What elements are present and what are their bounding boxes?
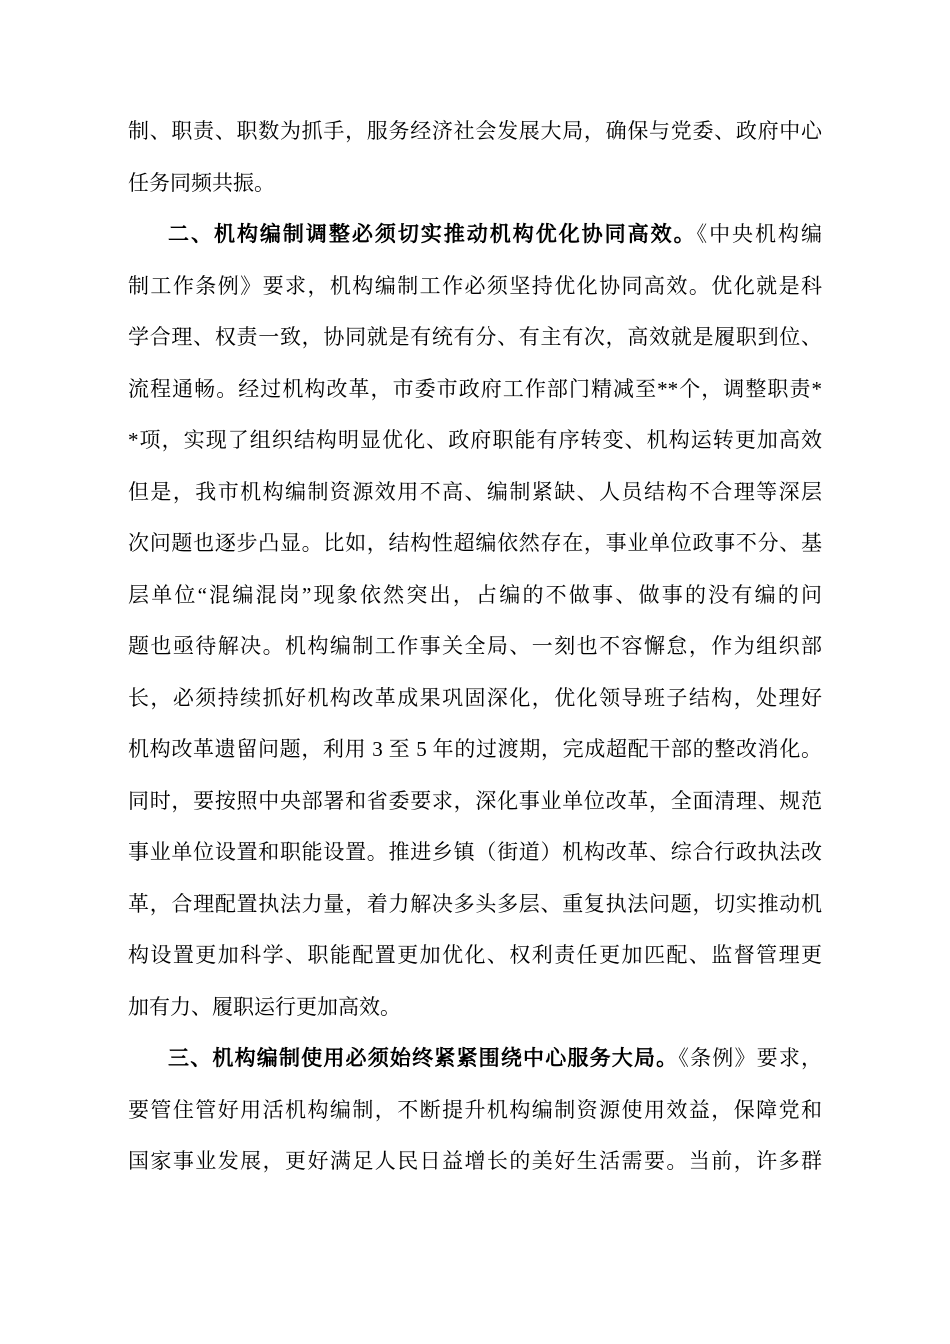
body-text: 革，合理配置执法力量，着力解决多头多层、重复执法问题，切实推动机 bbox=[128, 892, 822, 916]
body-text: 题也亟待解决。机构编制工作事关全局、一刻也不容懈怠，作为组织部 bbox=[128, 634, 822, 658]
body-text: 国家事业发展，更好满足人民日益增长的美好生活需要。当前，许多群 bbox=[128, 1149, 822, 1173]
body-text: 长，必须持续抓好机构改革成果巩固深化，优化领导班子结构，处理好 bbox=[128, 686, 822, 710]
text-line: 国家事业发展，更好满足人民日益增长的美好生活需要。当前，许多群 bbox=[128, 1136, 822, 1188]
body-text: 学合理、权责一致，协同就是有统有分、有主有次，高效就是履职到位、 bbox=[128, 325, 822, 349]
body-text: 制工作条例》要求，机构编制工作必须坚持优化协同高效。优化就是科 bbox=[128, 274, 822, 298]
text-line: 机构改革遗留问题，利用 3 至 5 年的过渡期，完成超配干部的整改消化。 bbox=[128, 724, 822, 776]
text-line: 题也亟待解决。机构编制工作事关全局、一刻也不容懈怠，作为组织部 bbox=[128, 621, 822, 673]
body-text: 机构改革遗留问题，利用 3 至 5 年的过渡期，完成超配干部的整改消化。 bbox=[128, 737, 822, 761]
text-line: *项，实现了组织结构明显优化、政府职能有序转变、机构运转更加高效 bbox=[128, 415, 822, 467]
text-line: 层单位“混编混岗”现象依然突出，占编的不做事、做事的没有编的问 bbox=[128, 570, 822, 622]
text-line: 要管住管好用活机构编制，不断提升机构编制资源使用效益，保障党和 bbox=[128, 1085, 822, 1137]
body-text: 任务同频共振。 bbox=[128, 171, 275, 195]
body-text: 同时，要按照中央部署和省委要求，深化事业单位改革，全面清理、规范 bbox=[128, 789, 822, 813]
text-line: 加有力、履职运行更加高效。 bbox=[128, 982, 822, 1034]
section-heading-line: 二、机构编制调整必须切实推动机构优化协同高效。《中央机构编 bbox=[128, 209, 822, 261]
body-text: 《条例》要求， bbox=[678, 1046, 822, 1070]
text-line: 任务同频共振。 bbox=[128, 158, 822, 210]
section-heading-line: 三、机构编制使用必须始终紧紧围绕中心服务大局。《条例》要求， bbox=[128, 1033, 822, 1085]
text-line: 同时，要按照中央部署和省委要求，深化事业单位改革，全面清理、规范 bbox=[128, 776, 822, 828]
body-text: 要管住管好用活机构编制，不断提升机构编制资源使用效益，保障党和 bbox=[128, 1098, 822, 1122]
text-line: 事业单位设置和职能设置。推进乡镇（街道）机构改革、综合行政执法改 bbox=[128, 827, 822, 879]
body-text: 流程通畅。经过机构改革，市委市政府工作部门精减至**个，调整职责* bbox=[128, 377, 822, 401]
text-line: 革，合理配置执法力量，着力解决多头多层、重复执法问题，切实推动机 bbox=[128, 879, 822, 931]
document-page: 制、职责、职数为抓手，服务经济社会发展大局，确保与党委、政府中心 任务同频共振。… bbox=[0, 0, 950, 1344]
text-line: 流程通畅。经过机构改革，市委市政府工作部门精减至**个，调整职责* bbox=[128, 364, 822, 416]
text-line: 长，必须持续抓好机构改革成果巩固深化，优化领导班子结构，处理好 bbox=[128, 673, 822, 725]
body-text: 制、职责、职数为抓手，服务经济社会发展大局，确保与党委、政府中心 bbox=[128, 119, 822, 143]
body-text: 层单位“混编混岗”现象依然突出，占编的不做事、做事的没有编的问 bbox=[128, 583, 822, 607]
body-text: 次问题也逐步凸显。比如，结构性超编依然存在，事业单位政事不分、基 bbox=[128, 531, 822, 555]
document-body: 制、职责、职数为抓手，服务经济社会发展大局，确保与党委、政府中心 任务同频共振。… bbox=[128, 106, 822, 1188]
text-line: 制、职责、职数为抓手，服务经济社会发展大局，确保与党委、政府中心 bbox=[128, 106, 822, 158]
text-line: 制工作条例》要求，机构编制工作必须坚持优化协同高效。优化就是科 bbox=[128, 261, 822, 313]
body-text: 但是，我市机构编制资源效用不高、编制紧缺、人员结构不合理等深层 bbox=[128, 480, 822, 504]
body-text: 事业单位设置和职能设置。推进乡镇（街道）机构改革、综合行政执法改 bbox=[128, 840, 822, 864]
text-line: 学合理、权责一致，协同就是有统有分、有主有次，高效就是履职到位、 bbox=[128, 312, 822, 364]
text-line: 次问题也逐步凸显。比如，结构性超编依然存在，事业单位政事不分、基 bbox=[128, 518, 822, 570]
text-line: 但是，我市机构编制资源效用不高、编制紧缺、人员结构不合理等深层 bbox=[128, 467, 822, 519]
heading-bold-text: 三、机构编制使用必须始终紧紧围绕中心服务大局。 bbox=[168, 1046, 678, 1070]
body-text: 构设置更加科学、职能配置更加优化、权利责任更加匹配、监督管理更 bbox=[128, 943, 822, 967]
heading-bold-text: 二、机构编制调整必须切实推动机构优化协同高效。 bbox=[168, 222, 697, 246]
body-text: *项，实现了组织结构明显优化、政府职能有序转变、机构运转更加高效 bbox=[128, 428, 822, 452]
text-line: 构设置更加科学、职能配置更加优化、权利责任更加匹配、监督管理更 bbox=[128, 930, 822, 982]
body-text: 《中央机构编 bbox=[697, 222, 822, 246]
body-text: 加有力、履职运行更加高效。 bbox=[128, 995, 401, 1019]
